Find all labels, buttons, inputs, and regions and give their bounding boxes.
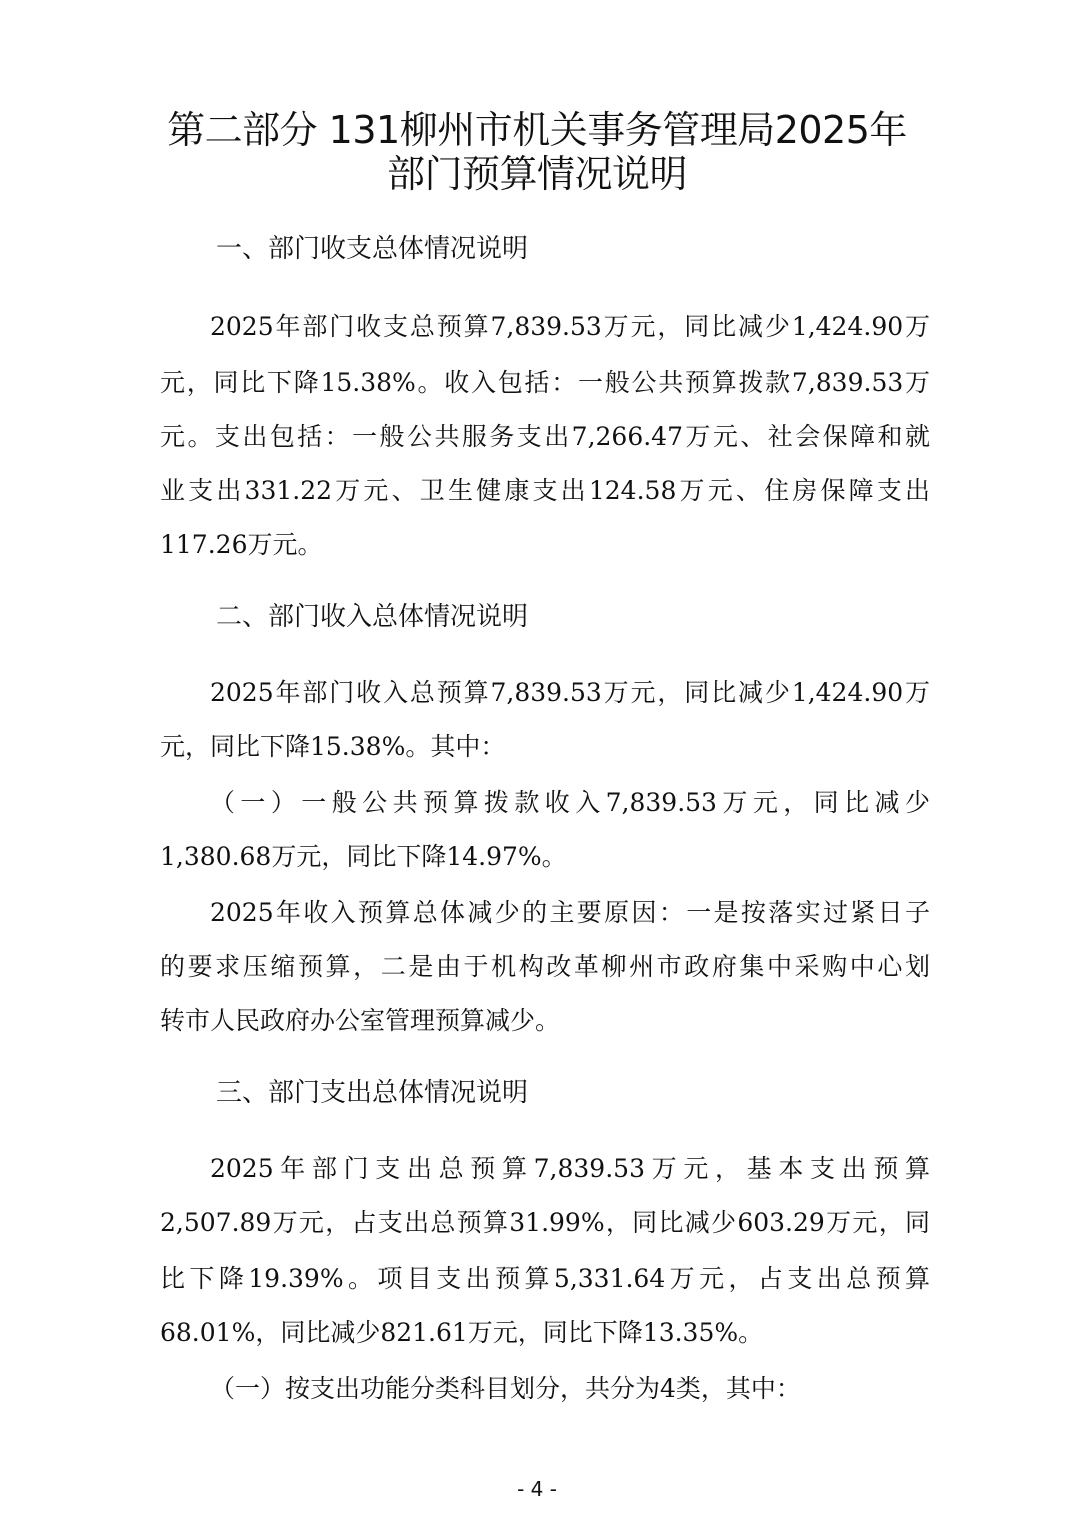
paragraph-line: 2025年部门收支总预算7,839.53万元，同比减少1,424.90万 (210, 310, 930, 344)
paragraph-line: 2025年部门收入总预算7,839.53万元，同比减少1,424.90万 (210, 676, 930, 710)
section-heading-overall: 一、部门收支总体情况说明 (216, 232, 528, 266)
paragraph-line: 2025年部门支出总预算7,839.53万元，基本支出预算 (210, 1152, 930, 1186)
paragraph-line: 比下降19.39%。项目支出预算5,331.64万元，占支出总预算 (160, 1262, 930, 1296)
section-heading-expenditure: 三、部门支出总体情况说明 (216, 1076, 528, 1110)
document-title-line1: 第二部分 131柳州市机关事务管理局2025年 (0, 106, 1074, 154)
paragraph-line: 元，同比下降15.38%。其中： (160, 730, 930, 764)
paragraph-line: （一）按支出功能分类科目划分，共分为4类，其中： (210, 1372, 930, 1406)
section-heading-income: 二、部门收入总体情况说明 (216, 600, 528, 634)
paragraph-line: 元，同比下降15.38%。收入包括：一般公共预算拨款7,839.53万 (160, 366, 930, 400)
paragraph-line: 转市人民政府办公室管理预算减少。 (160, 1004, 930, 1038)
paragraph-line: （一）一般公共预算拨款收入7,839.53万元，同比减少 (210, 786, 930, 820)
document-title-line2: 部门预算情况说明 (0, 150, 1074, 198)
paragraph-line: 68.01%，同比减少821.61万元，同比下降13.35%。 (160, 1316, 930, 1350)
page-number: - 4 - (0, 1476, 1074, 1502)
paragraph-line: 业支出331.22万元、卫生健康支出124.58万元、住房保障支出 (160, 474, 930, 508)
paragraph-line: 2,507.89万元，占支出总预算31.99%，同比减少603.29万元，同 (160, 1206, 930, 1240)
paragraph-line: 2025年收入预算总体减少的主要原因：一是按落实过紧日子 (210, 896, 930, 930)
paragraph-line: 117.26万元。 (160, 528, 930, 562)
paragraph-line: 元。支出包括：一般公共服务支出7,266.47万元、社会保障和就 (160, 420, 930, 454)
document-page: 第二部分 131柳州市机关事务管理局2025年 部门预算情况说明 一、部门收支总… (0, 0, 1074, 1520)
paragraph-line: 的要求压缩预算，二是由于机构改革柳州市政府集中采购中心划 (160, 950, 930, 984)
paragraph-line: 1,380.68万元，同比下降14.97%。 (160, 840, 930, 874)
